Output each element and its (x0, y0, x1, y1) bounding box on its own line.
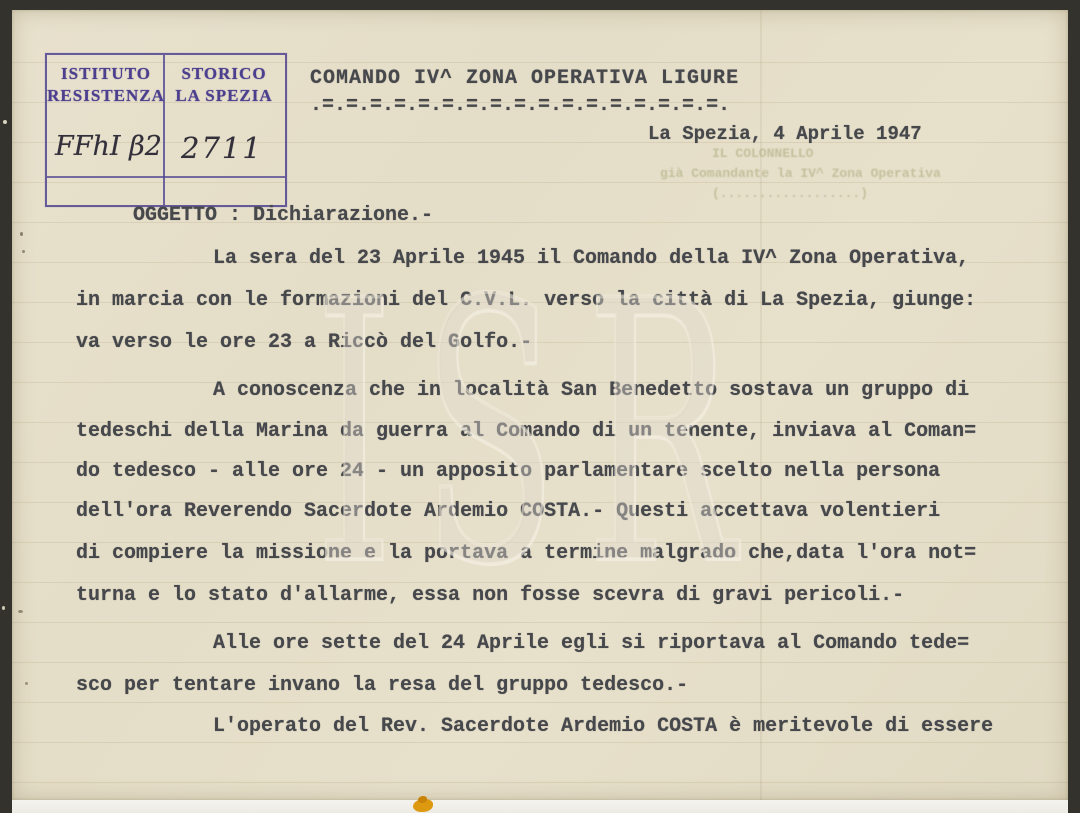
dateline: La Spezia, 4 Aprile 1947 (648, 123, 922, 145)
body-line: L'operato del Rev. Sacerdote Ardemio COS… (213, 716, 993, 738)
body-line: Alle ore sette del 24 Aprile egli si rip… (213, 633, 969, 655)
stamp-handwritten-number: 2711 (181, 131, 263, 165)
document-page: ISTITUTO RESISTENZA STORICO LA SPEZIA FF… (12, 10, 1068, 800)
stamp-text-istituto: ISTITUTO (47, 64, 165, 84)
letterhead-underline: .=.=.=.=.=.=.=.=.=.=.=.=.=.=.=.=.=. (310, 95, 730, 117)
body-line: in marcia con le formazioni del C.V.L. v… (76, 290, 976, 312)
body-line: A conoscenza che in località San Benedet… (213, 380, 969, 402)
body-line: va verso le ore 23 a Riccò del Golfo.- (76, 332, 532, 354)
bleedthrough-line: già Comandante la IV^ Zona Operativa (660, 166, 941, 181)
archive-stamp: ISTITUTO RESISTENZA STORICO LA SPEZIA FF… (45, 53, 287, 207)
stamp-text-storico: STORICO (165, 64, 283, 84)
stamp-divider-horizontal (47, 176, 285, 178)
border-speck (3, 120, 7, 124)
border-speck (2, 606, 5, 610)
body-line: dell'ora Reverendo Sacerdote Ardemio COS… (76, 501, 940, 523)
stamp-text-laspezia: LA SPEZIA (165, 86, 283, 106)
dust-speck (18, 610, 23, 613)
letterhead-title: COMANDO IV^ ZONA OPERATIVA LIGURE (310, 68, 739, 90)
dust-speck (25, 682, 28, 685)
body-line: turna e lo stato d'allarme, essa non fos… (76, 585, 904, 607)
bleedthrough-line: IL COLONNELLO (712, 146, 813, 161)
body-line: sco per tentare invano la resa del grupp… (76, 675, 688, 697)
stamp-text-resistenza: RESISTENZA (47, 86, 165, 106)
dust-speck (20, 232, 23, 236)
body-line: do tedesco - alle ore 24 - un apposito p… (76, 461, 940, 483)
body-line: di compiere la missione e la portava a t… (76, 543, 976, 565)
stamp-handwritten-code: FFhI β2 (55, 131, 162, 162)
underlying-sheet-edge (12, 800, 1068, 813)
body-line: La sera del 23 Aprile 1945 il Comando de… (213, 248, 969, 270)
body-line: tedeschi della Marina da guerra al Coman… (76, 421, 976, 443)
dust-speck (22, 250, 25, 253)
subject-line: OGGETTO : Dichiarazione.- (133, 205, 433, 227)
bleedthrough-line: (..................) (712, 186, 868, 201)
